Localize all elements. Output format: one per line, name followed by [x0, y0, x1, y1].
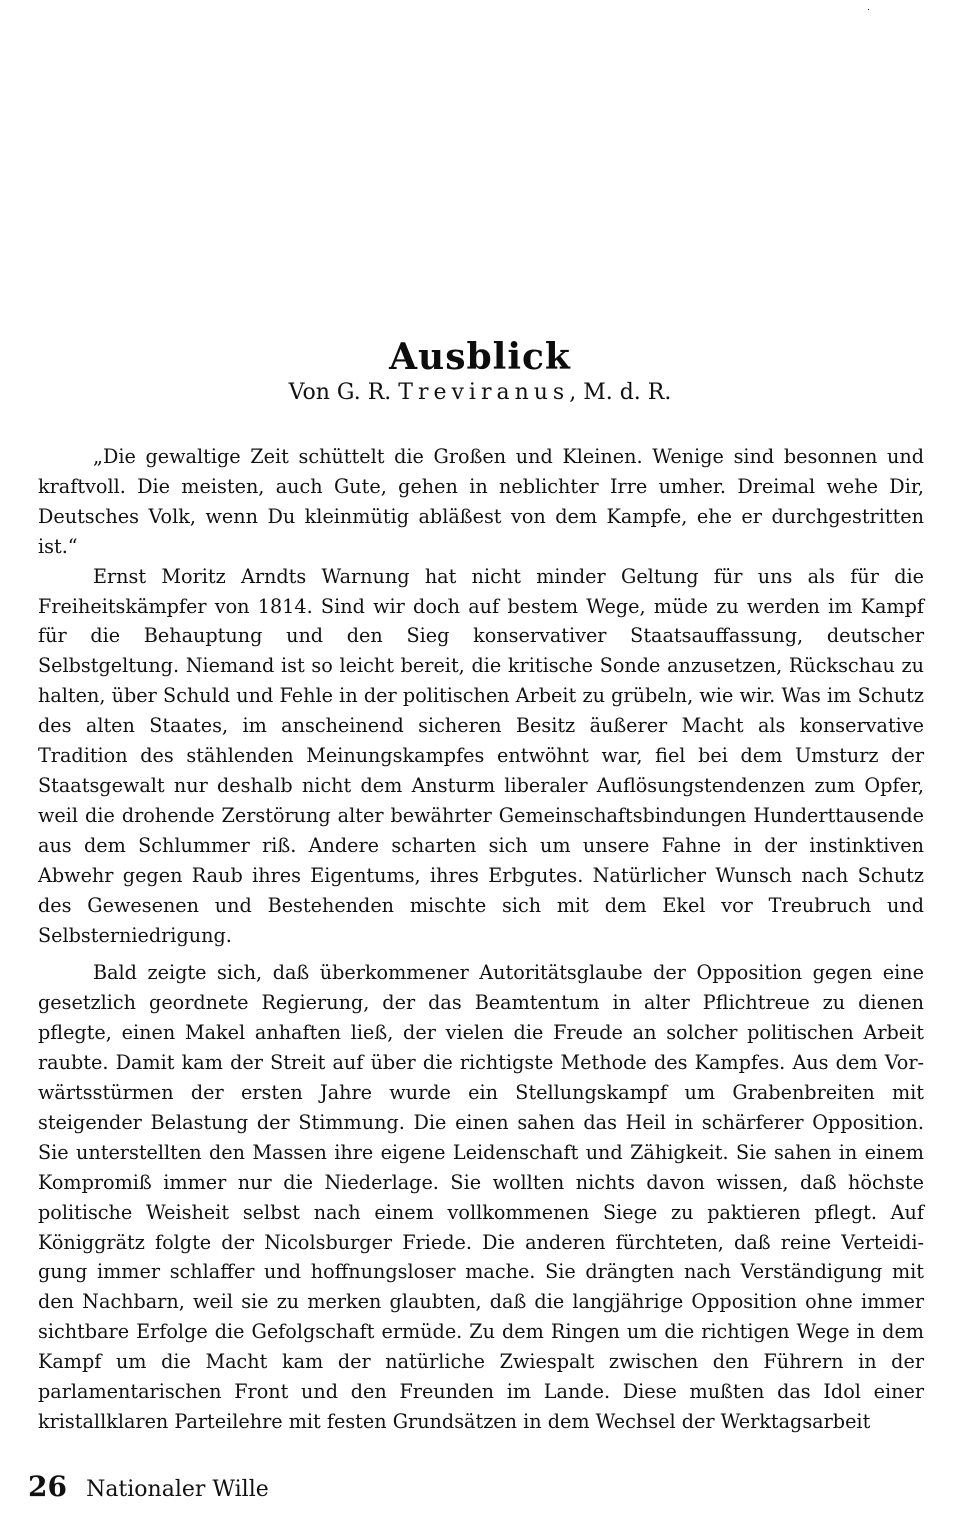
- byline-suffix: , M. d. R.: [569, 380, 671, 405]
- paragraph: Bald zeigte sich, daß überkommener Autor…: [38, 958, 924, 1437]
- scan-speck: [868, 9, 869, 10]
- running-title: Nationaler Wille: [86, 1477, 269, 1502]
- page-number: 26: [28, 1470, 67, 1503]
- document-page: Ausblick Von G. R. Treviranus, M. d. R. …: [0, 0, 960, 1518]
- paragraph: Ernst Moritz Arndts Warnung hat nicht mi…: [38, 562, 924, 951]
- page-footer: 26 Nationaler Wille: [28, 1470, 269, 1503]
- article-title: Ausblick: [0, 336, 960, 378]
- byline-author: Treviranus: [398, 380, 569, 405]
- article-byline: Von G. R. Treviranus, M. d. R.: [0, 380, 960, 405]
- article-body: „Die gewaltige Zeit schüttelt die Großen…: [38, 442, 924, 1437]
- paragraph-quote: „Die gewaltige Zeit schüttelt die Großen…: [38, 442, 924, 562]
- byline-prefix: Von G. R.: [289, 380, 392, 405]
